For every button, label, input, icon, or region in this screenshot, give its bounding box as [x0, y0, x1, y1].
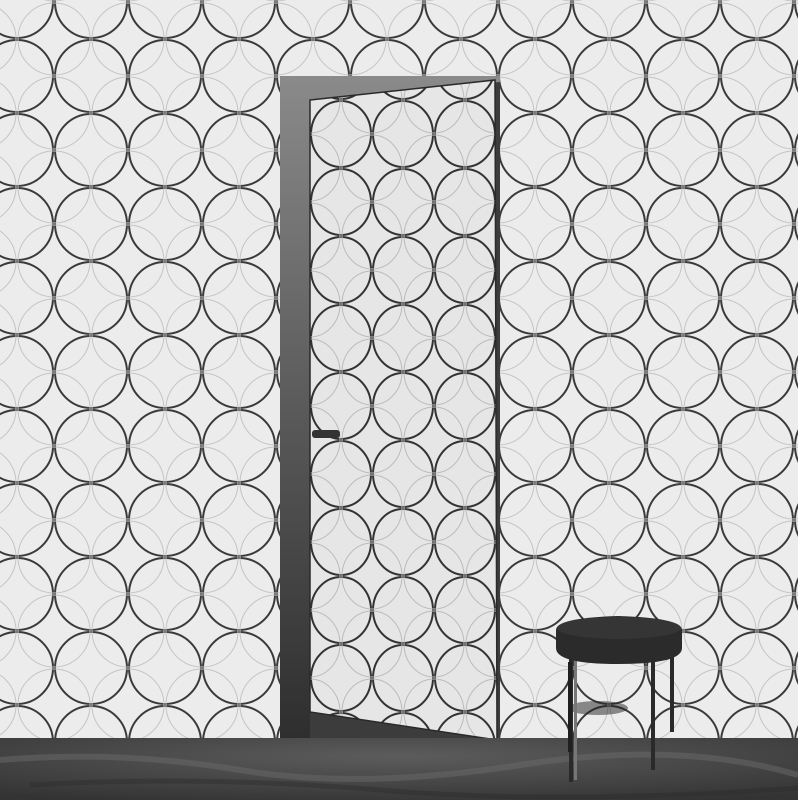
photo-artwork: [0, 0, 798, 800]
door-handle: [312, 430, 340, 438]
hidden-door: [310, 80, 497, 740]
photo-scene: [0, 0, 798, 800]
